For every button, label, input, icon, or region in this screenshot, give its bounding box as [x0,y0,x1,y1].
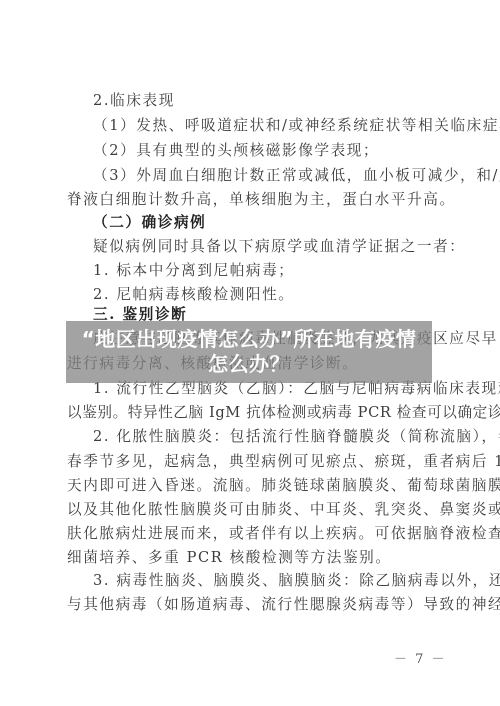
text-line: 细菌培养、多重 PCR 核酸检测等方法鉴别。 [67,548,439,568]
text-line: 以鉴别。特异性乙脑 IgM 抗体检测或病毒 PCR 检查可以确定诊断。 [67,403,439,423]
text-line: （3）外周血白细胞计数正常或减低，血小板可减少，和/脑 [93,166,439,186]
text-line: 与其他病毒（如肠道病毒、流行性腮腺炎病毒等）导致的神经系 [67,595,439,615]
page-number: － 7 － [394,648,447,667]
text-line: （2）具有典型的头颅核磁影像学表现； [93,141,439,161]
text-line: 2. 尼帕病毒核酸检测阳性。 [93,285,439,305]
text-line: （1）发热、呼吸道症状和/或神经系统症状等相关临床症状； [93,116,439,136]
text-line: 肤化脓病灶进展而来，或者伴有以上疾病。可依据脑脊液检查、 [67,524,439,544]
document-page: 2.临床表现 （1）发热、呼吸道症状和/或神经系统症状等相关临床症状； （2）具… [0,0,500,706]
overlay-title: “地区出现疫情怎么办”所在地有疫情怎么办？ [79,327,419,377]
text-line: 1. 标本中分离到尼帕病毒； [93,261,439,281]
text-line: 天内即可进入昏迷。流脑。肺炎链球菌脑膜炎、葡萄球菌脑膜炎 [67,476,439,496]
text-line: 疑似病例同时具备以下病原学或血清学证据之一者： [93,237,439,257]
text-line: 3. 病毒性脑炎、脑膜炎、脑膜脑炎：除乙脑病毒以外，还要 [93,571,439,591]
text-line: 以及其他化脓性脑膜炎可由肺炎、中耳炎、乳突炎、鼻窦炎或皮 [67,500,439,520]
section-heading-confirmed: （二）确诊病例 [93,213,439,233]
section-heading-clinical: 2.临床表现 [93,91,439,111]
text-line: 2. 化脓性脑膜炎：包括流行性脑脊髓膜炎（简称流脑），冬 [93,427,439,447]
title-overlay-banner: “地区出现疫情怎么办”所在地有疫情怎么办？ [66,321,432,383]
text-line: 脊液白细胞计数升高，单核细胞为主，蛋白水平升高。 [67,190,439,210]
text-line: 春季节多见，起病急，典型病例可见瘀点、瘀斑，重者病后 1～2 [67,452,439,472]
